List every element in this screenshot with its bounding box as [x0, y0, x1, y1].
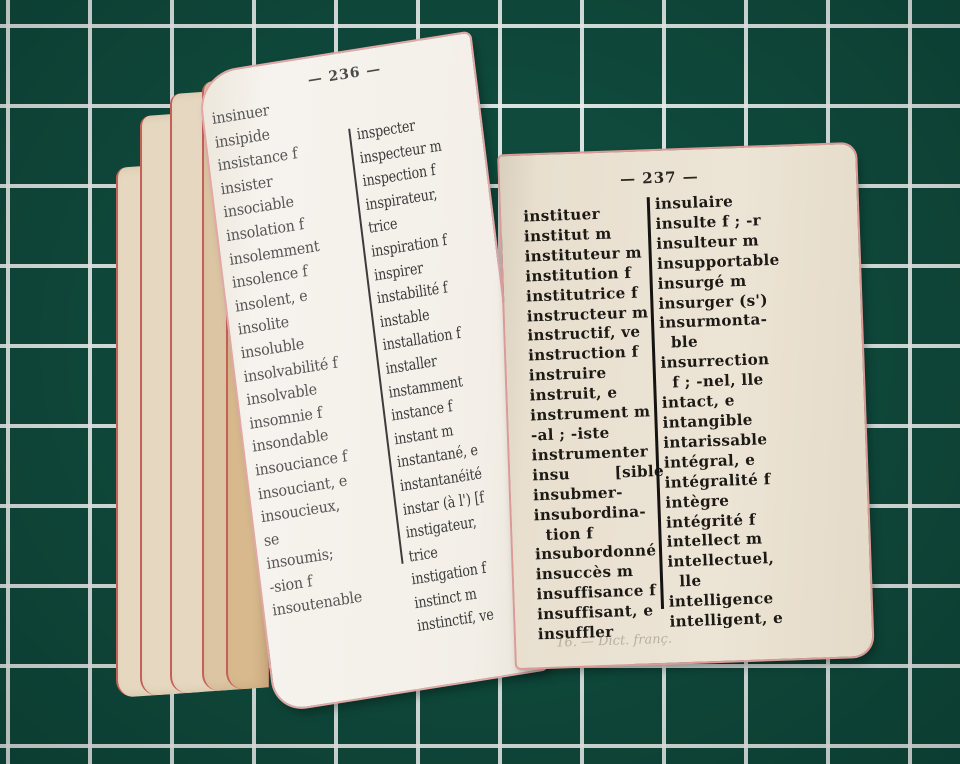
dictionary-entry: insupportable	[657, 250, 780, 274]
left-page-column-b: inspecter inspecteur m inspection f insp…	[356, 111, 501, 639]
page-number: — 236 —	[307, 61, 382, 88]
right-page-column-b: insulaire insulte f ; -r insulteur m ins…	[655, 191, 793, 633]
page-number: — 237 —	[620, 167, 699, 188]
page-footer-signature: 16. — Dict. franç.	[556, 632, 672, 651]
dictionary-entry: intelligent, e	[669, 608, 792, 632]
right-page: — 237 — instituer institut m instituteur…	[499, 144, 873, 668]
right-page-column-a: instituer institut m instituteur m insti…	[523, 203, 670, 645]
